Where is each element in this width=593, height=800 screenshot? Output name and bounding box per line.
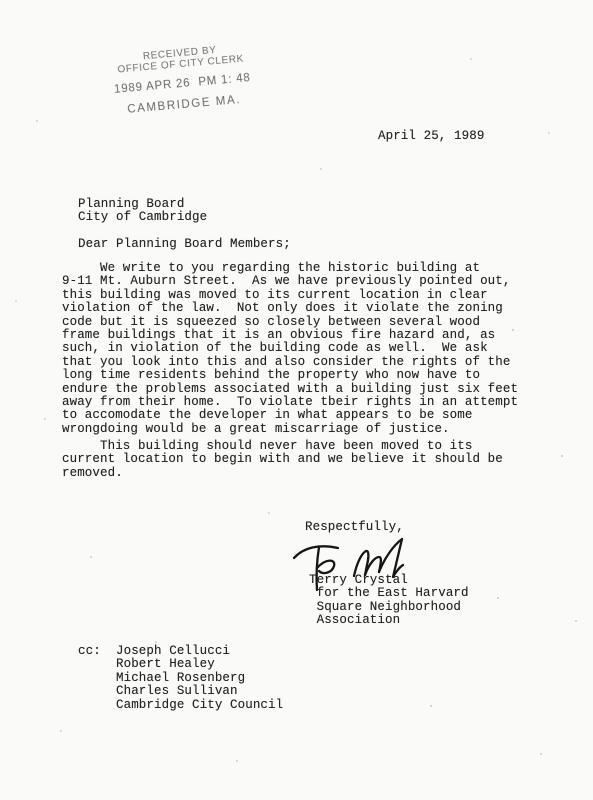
body-paragraph-2: This building should never have been mov…	[62, 440, 503, 480]
scanned-letter-page: RECEIVED BY OFFICE OF CITY CLERK 1989 AP…	[0, 0, 593, 800]
salutation: Dear Planning Board Members;	[78, 238, 291, 251]
signer-block: Terry Crystal for the East Harvard Squar…	[309, 574, 469, 628]
letter-date: April 25, 1989	[378, 130, 484, 143]
cc-list: cc: Joseph Cellucci Robert Healey Michae…	[78, 645, 283, 712]
stamp-city-line: CAMBRIDGE MA.	[104, 92, 264, 118]
closing: Respectfully,	[305, 521, 404, 534]
scan-noise-specks	[0, 0, 2, 2]
received-stamp: RECEIVED BY OFFICE OF CITY CLERK 1989 AP…	[100, 41, 265, 118]
body-paragraph-1: We write to you regarding the historic b…	[62, 262, 518, 436]
recipient-address: Planning Board City of Cambridge	[78, 198, 207, 225]
